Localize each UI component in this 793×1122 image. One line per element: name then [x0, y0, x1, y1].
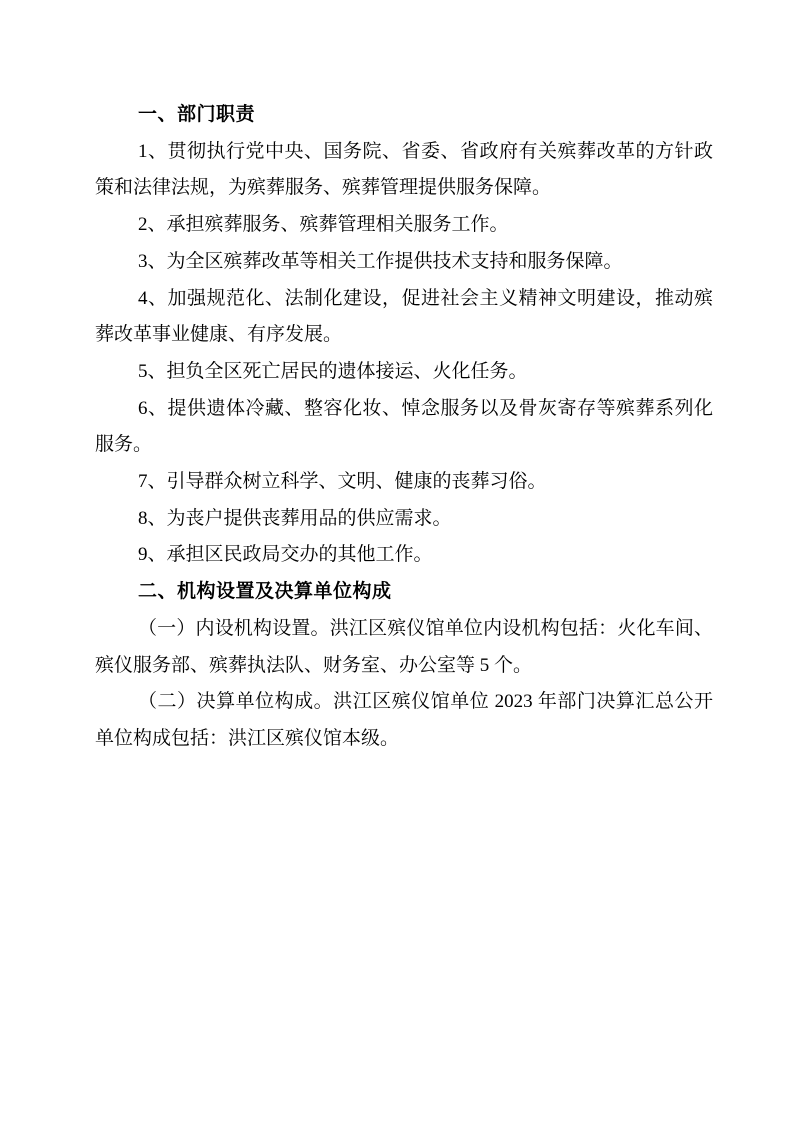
section-1-heading: 一、部门职责 — [95, 97, 713, 134]
document-content: 一、部门职责 1、贯彻执行党中央、国务院、省委、省政府有关殡葬改革的方针政策和法… — [95, 97, 713, 758]
section-1-paragraph-4: 4、加强规范化、法制化建设，促进社会主义精神文明建设，推动殡葬改革事业健康、有序… — [95, 281, 713, 354]
section-1-paragraph-5: 5、担负全区死亡居民的遗体接运、火化任务。 — [95, 354, 713, 391]
section-2-heading: 二、机构设置及决算单位构成 — [95, 574, 713, 611]
section-2-paragraph-1: （一）内设机构设置。洪江区殡仪馆单位内设机构包括：火化车间、殡仪服务部、殡葬执法… — [95, 611, 713, 684]
section-2-paragraph-2: （二）决算单位构成。洪江区殡仪馆单位 2023 年部门决算汇总公开单位构成包括：… — [95, 684, 713, 757]
section-1-paragraph-3: 3、为全区殡葬改革等相关工作提供技术支持和服务保障。 — [95, 244, 713, 281]
section-1-paragraph-6: 6、提供遗体冷藏、整容化妆、悼念服务以及骨灰寄存等殡葬系列化服务。 — [95, 391, 713, 464]
section-1-paragraph-2: 2、承担殡葬服务、殡葬管理相关服务工作。 — [95, 207, 713, 244]
section-1-paragraph-8: 8、为丧户提供丧葬用品的供应需求。 — [95, 501, 713, 538]
section-1-paragraph-7: 7、引导群众树立科学、文明、健康的丧葬习俗。 — [95, 464, 713, 501]
section-1-paragraph-1: 1、贯彻执行党中央、国务院、省委、省政府有关殡葬改革的方针政策和法律法规，为殡葬… — [95, 134, 713, 207]
section-1-paragraph-9: 9、承担区民政局交办的其他工作。 — [95, 537, 713, 574]
document-page: 一、部门职责 1、贯彻执行党中央、国务院、省委、省政府有关殡葬改革的方针政策和法… — [0, 0, 793, 1122]
